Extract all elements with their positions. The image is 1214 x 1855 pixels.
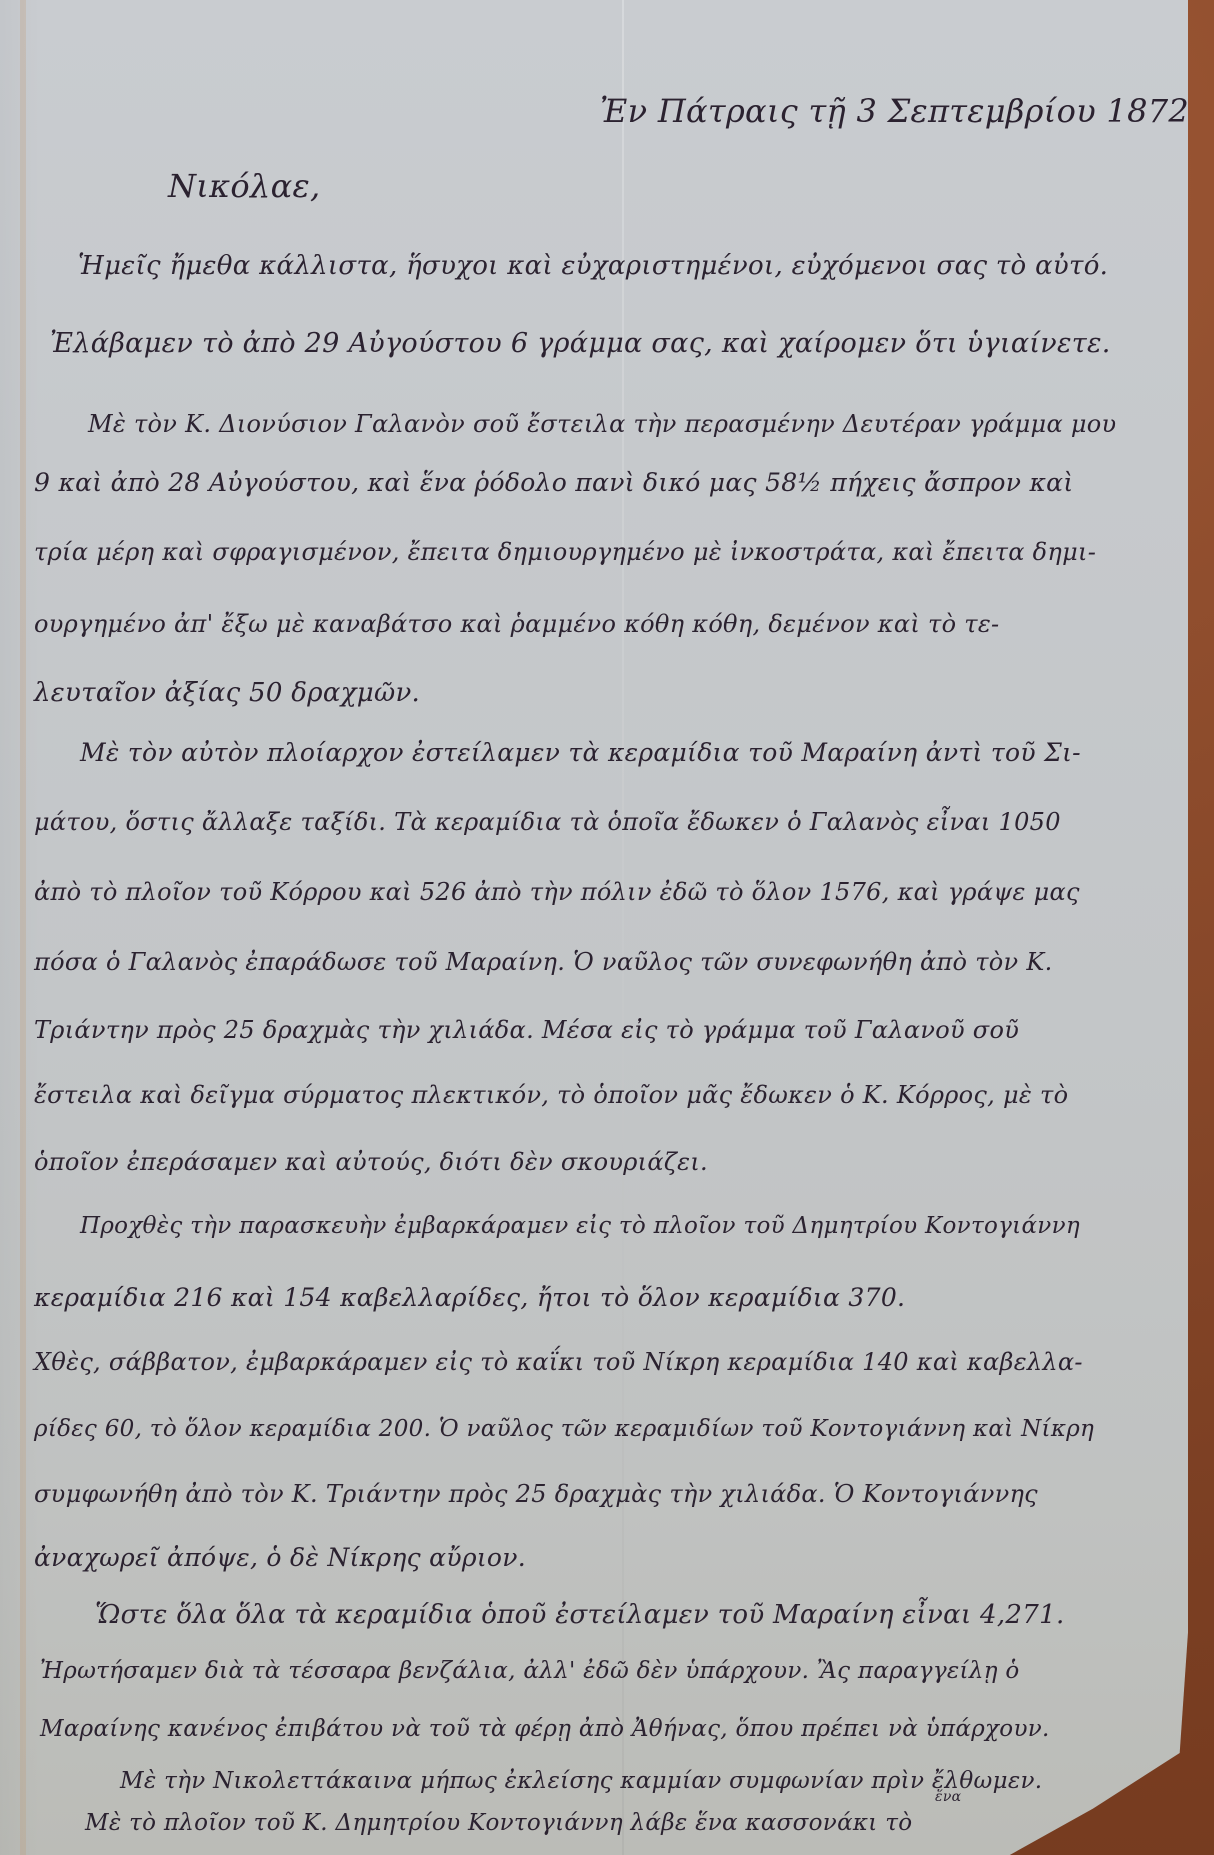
letter-line: ἀναχωρεῖ ἀπόψε, ὁ δὲ Νίκρης αὔριον.: [34, 1545, 526, 1570]
letter-line: ρίδες 60, τὸ ὅλον κεραμίδια 200. Ὁ ναῦλο…: [34, 1418, 1094, 1441]
letter-line: Τριάντην πρὸς 25 δραχμὰς τὴν χιλιάδα. Μέ…: [34, 1018, 1019, 1042]
letter-line: ὁποῖον ἐπεράσαμεν καὶ αὐτούς, διότι δὲν …: [34, 1150, 708, 1174]
letter-line: Ἠρωτήσαμεν διὰ τὰ τέσσαρα βενζάλια, ἀλλ'…: [40, 1660, 1020, 1683]
letter-sheet: Ἐν Πάτραις τῇ 3 Σεπτεμβρίου 1872. Νικόλα…: [0, 0, 1188, 1855]
letter-line: Ἡμεῖς ἤμεθα κάλλιστα, ἥσυχοι καὶ εὐχαρισ…: [78, 253, 1108, 279]
letter-line: 9 καὶ ἀπὸ 28 Αὐγούστου, καὶ ἕνα ῥόδολο π…: [34, 470, 1073, 495]
letter-line: μάτου, ὅστις ἄλλαξε ταξίδι. Τὰ κεραμίδια…: [34, 810, 1061, 834]
letter-line: Προχθὲς τὴν παρασκευὴν ἐμβαρκάραμεν εἰς …: [80, 1215, 1080, 1238]
letter-line: λευταῖον ἀξίας 50 δραχμῶν.: [34, 680, 420, 706]
letter-line: Μαραίνης κανένος ἐπιβάτου νὰ τοῦ τὰ φέρῃ…: [40, 1718, 1050, 1741]
letter-line: ἀπὸ τὸ πλοῖον τοῦ Κόρρου καὶ 526 ἀπὸ τὴν…: [34, 880, 1080, 904]
letter-line: ἔστειλα καὶ δεῖγμα σύρματος πλεκτικόν, τ…: [34, 1083, 1068, 1107]
letter-line: Μὲ τὸ πλοῖον τοῦ Κ. Δημητρίου Κοντογιάνν…: [85, 1812, 912, 1835]
letter-line: Ἐλάβαμεν τὸ ἀπὸ 29 Αὐγούστου 6 γράμμα σα…: [50, 330, 1111, 357]
letter-line: Χθὲς, σάββατον, ἐμβαρκάραμεν εἰς τὸ καΐκ…: [34, 1350, 1083, 1374]
letter-line: τρία μέρη καὶ σφραγισμένον, ἔπειτα δημιο…: [34, 540, 1096, 564]
letter-line: συμφωνήθη ἀπὸ τὸν Κ. Τριάντην πρὸς 25 δρ…: [34, 1482, 1038, 1506]
letter-salutation: Νικόλαε,: [168, 170, 320, 202]
letter-line: Μὲ τὸν αὐτὸν πλοίαρχον ἐστείλαμεν τὰ κερ…: [80, 740, 1081, 765]
letter-line: Μὲ τὴν Νικολεττάκαινα μήπως ἐκλείσης καμ…: [120, 1770, 1042, 1793]
letter-dateline: Ἐν Πάτραις τῇ 3 Σεπτεμβρίου 1872.: [600, 95, 1200, 127]
paper-stain: [20, 0, 26, 1855]
letter-line: κεραμίδια 216 καὶ 154 καβελλαρίδες, ἤτοι…: [34, 1285, 905, 1310]
letter-line: ουργημένο ἀπ' ἔξω μὲ καναβάτσο καὶ ῥαμμέ…: [34, 612, 999, 636]
letter-line: Μὲ τὸν Κ. Διονύσιον Γαλανὸν σοῦ ἔστειλα …: [88, 412, 1116, 436]
interlinear-insertion: ἕνα: [935, 1790, 961, 1804]
letter-line: πόσα ὁ Γαλανὸς ἐπαράδωσε τοῦ Μαραίνη. Ὁ …: [34, 950, 1053, 974]
letter-line: Ὥστε ὅλα ὅλα τὰ κεραμίδια ὁποῦ ἐστείλαμε…: [95, 1602, 1065, 1628]
